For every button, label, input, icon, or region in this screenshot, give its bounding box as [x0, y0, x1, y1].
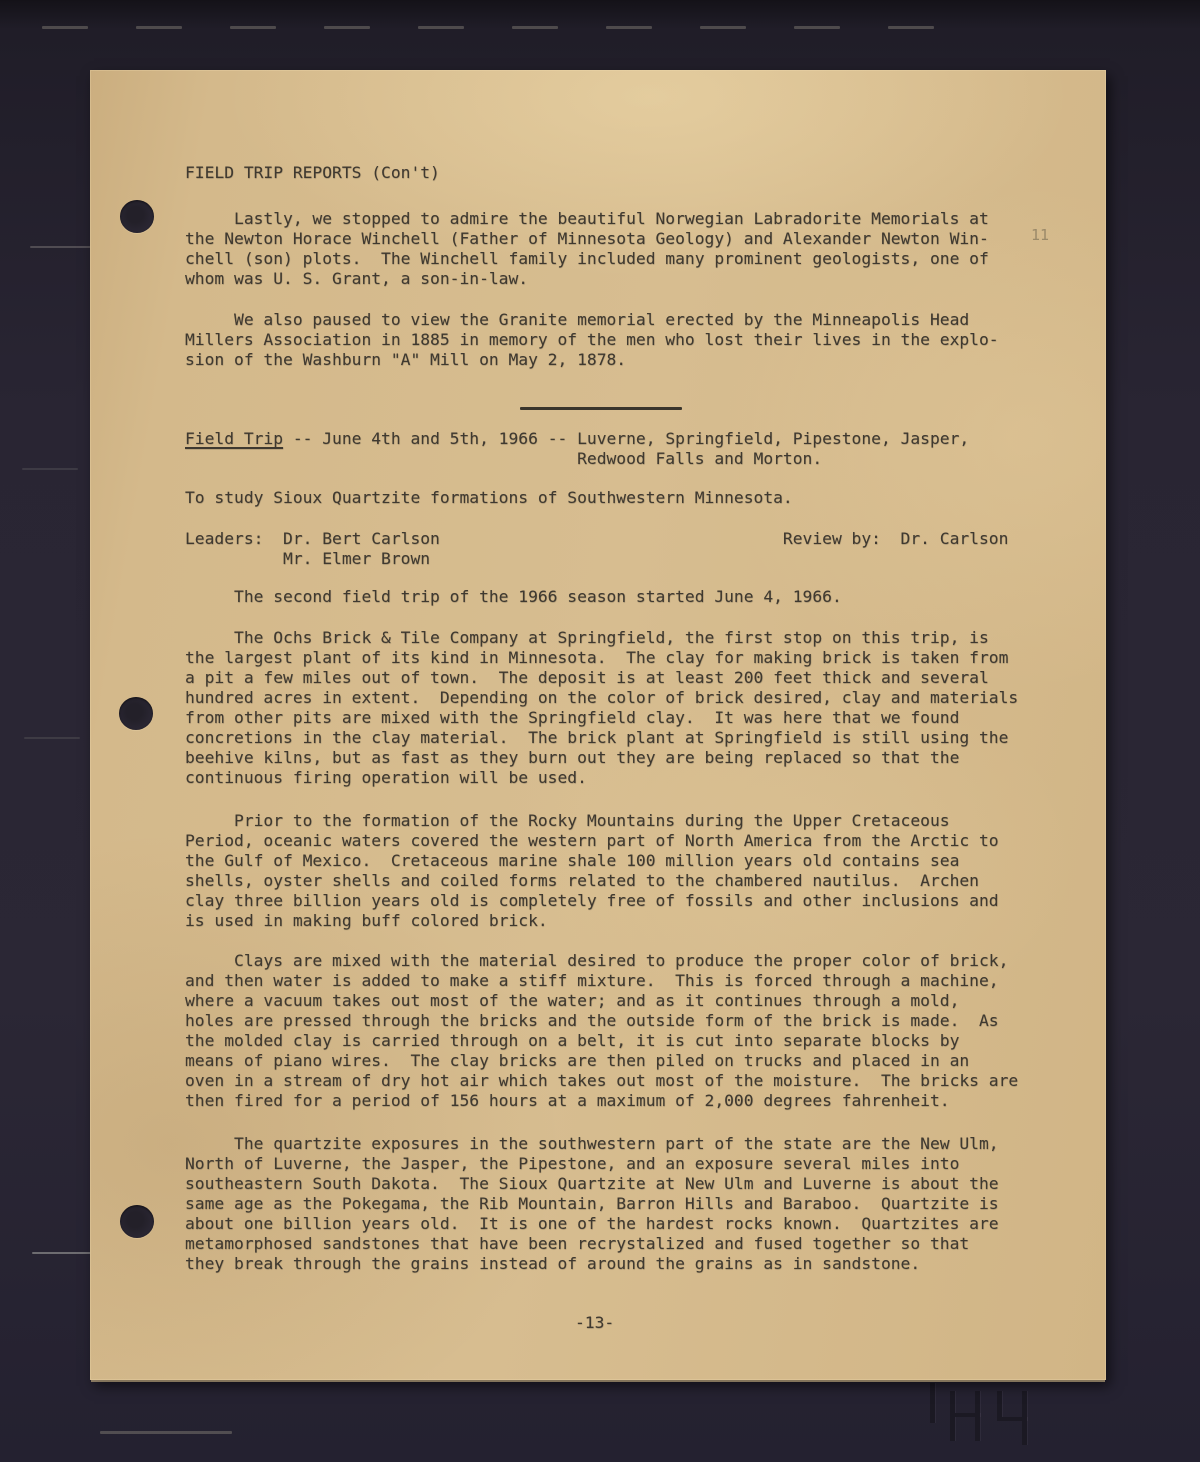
- paragraph-cretaceous: Prior to the formation of the Rocky Moun…: [185, 811, 999, 931]
- ghost-bleed-text: 11: [1031, 225, 1049, 245]
- punch-hole-middle: [119, 697, 153, 730]
- film-dash: [888, 26, 934, 29]
- paragraph-granite-memorial: We also paused to view the Granite memor…: [185, 310, 999, 370]
- film-dash: [230, 26, 276, 29]
- paragraph-clay-process: Clays are mixed with the material desire…: [185, 951, 1018, 1111]
- film-dash: [700, 26, 746, 29]
- scan-artifact-dash: [32, 1252, 92, 1254]
- embossed-paper-mark: [920, 1383, 1050, 1448]
- trip-start-line: The second field trip of the 1966 season…: [185, 587, 842, 607]
- punch-hole-bottom: [120, 1205, 154, 1238]
- field-trip-route: -- June 4th and 5th, 1966 -- Luverne, Sp…: [185, 429, 969, 468]
- punch-hole-top: [120, 200, 154, 233]
- leaders-review-block: Leaders: Dr. Bert Carlson Review by: Dr.…: [185, 529, 1008, 569]
- scan-artifact-dash: [30, 246, 92, 248]
- film-dash: [512, 26, 558, 29]
- field-trip-title: Field Trip: [185, 429, 283, 448]
- scan-artifact-dash: [22, 468, 78, 470]
- film-dash: [418, 26, 464, 29]
- scanned-document-background: FIELD TRIP REPORTS (Con't) Lastly, we st…: [0, 0, 1200, 1462]
- film-dash: [606, 26, 652, 29]
- film-dash: [136, 26, 182, 29]
- document-page: FIELD TRIP REPORTS (Con't) Lastly, we st…: [90, 70, 1106, 1380]
- film-dash: [42, 26, 88, 29]
- trip-purpose-line: To study Sioux Quartzite formations of S…: [185, 488, 793, 508]
- film-dash: [794, 26, 840, 29]
- paragraph-memorials: Lastly, we stopped to admire the beautif…: [185, 209, 989, 289]
- field-trip-heading: Field Trip -- June 4th and 5th, 1966 -- …: [185, 429, 969, 469]
- section-header: FIELD TRIP REPORTS (Con't): [185, 163, 440, 183]
- scan-artifact-dash: [24, 737, 80, 739]
- paragraph-quartzite: The quartzite exposures in the southwest…: [185, 1134, 999, 1274]
- paragraph-ochs-brick: The Ochs Brick & Tile Company at Springf…: [185, 628, 1018, 788]
- film-dash: [324, 26, 370, 29]
- page-number: -13-: [575, 1313, 614, 1333]
- section-divider-rule: [520, 407, 682, 410]
- scan-artifact-dash: [100, 1431, 232, 1434]
